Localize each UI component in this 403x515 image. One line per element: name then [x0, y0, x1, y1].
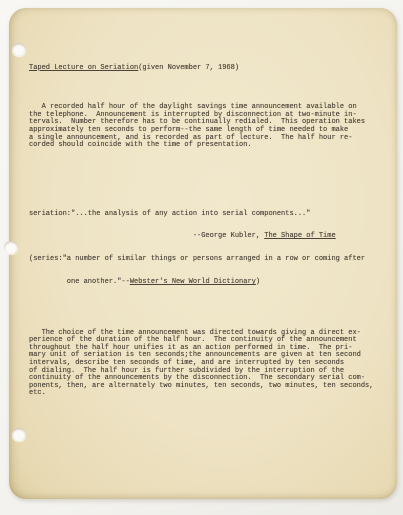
- document-title-underlined: Taped Lecture on Seriation: [29, 64, 138, 72]
- typewritten-text: Taped Lecture on Seriation(given Novembe…: [29, 42, 374, 421]
- document-title: Taped Lecture on Seriation(given Novembe…: [29, 65, 374, 73]
- kubler-attribution: --George Kubler, The Shape of Time: [29, 233, 374, 241]
- seriation-definition: seriation:"...the analysis of any action…: [29, 211, 374, 219]
- definitions-block: seriation:"...the analysis of any action…: [29, 196, 374, 302]
- kubler-attribution-prefix: --George Kubler,: [29, 232, 264, 240]
- paragraph-recorded-half-hour: A recorded half hour of the daylight sav…: [29, 104, 374, 150]
- scanned-page: Taped Lecture on Seriation(given Novembe…: [0, 0, 403, 515]
- kubler-work-title: The Shape of Time: [264, 232, 335, 240]
- series-definition: (series:"a number of similar things or p…: [29, 256, 374, 264]
- series-continued-suffix: ): [256, 278, 260, 286]
- series-definition-continued: one another."--Webster's New World Dicti…: [29, 279, 374, 287]
- series-continued-prefix: one another."--: [29, 278, 130, 286]
- dictionary-source-title: Webster's New World Dictionary: [130, 278, 256, 286]
- document-title-suffix: (given November 7, 1968): [138, 64, 239, 72]
- paragraph-choice-of-announcement: The choice of the time announcement was …: [29, 330, 374, 398]
- punch-hole-middle: [4, 241, 18, 254]
- punch-hole-top: [12, 43, 26, 56]
- punch-hole-bottom: [12, 428, 26, 441]
